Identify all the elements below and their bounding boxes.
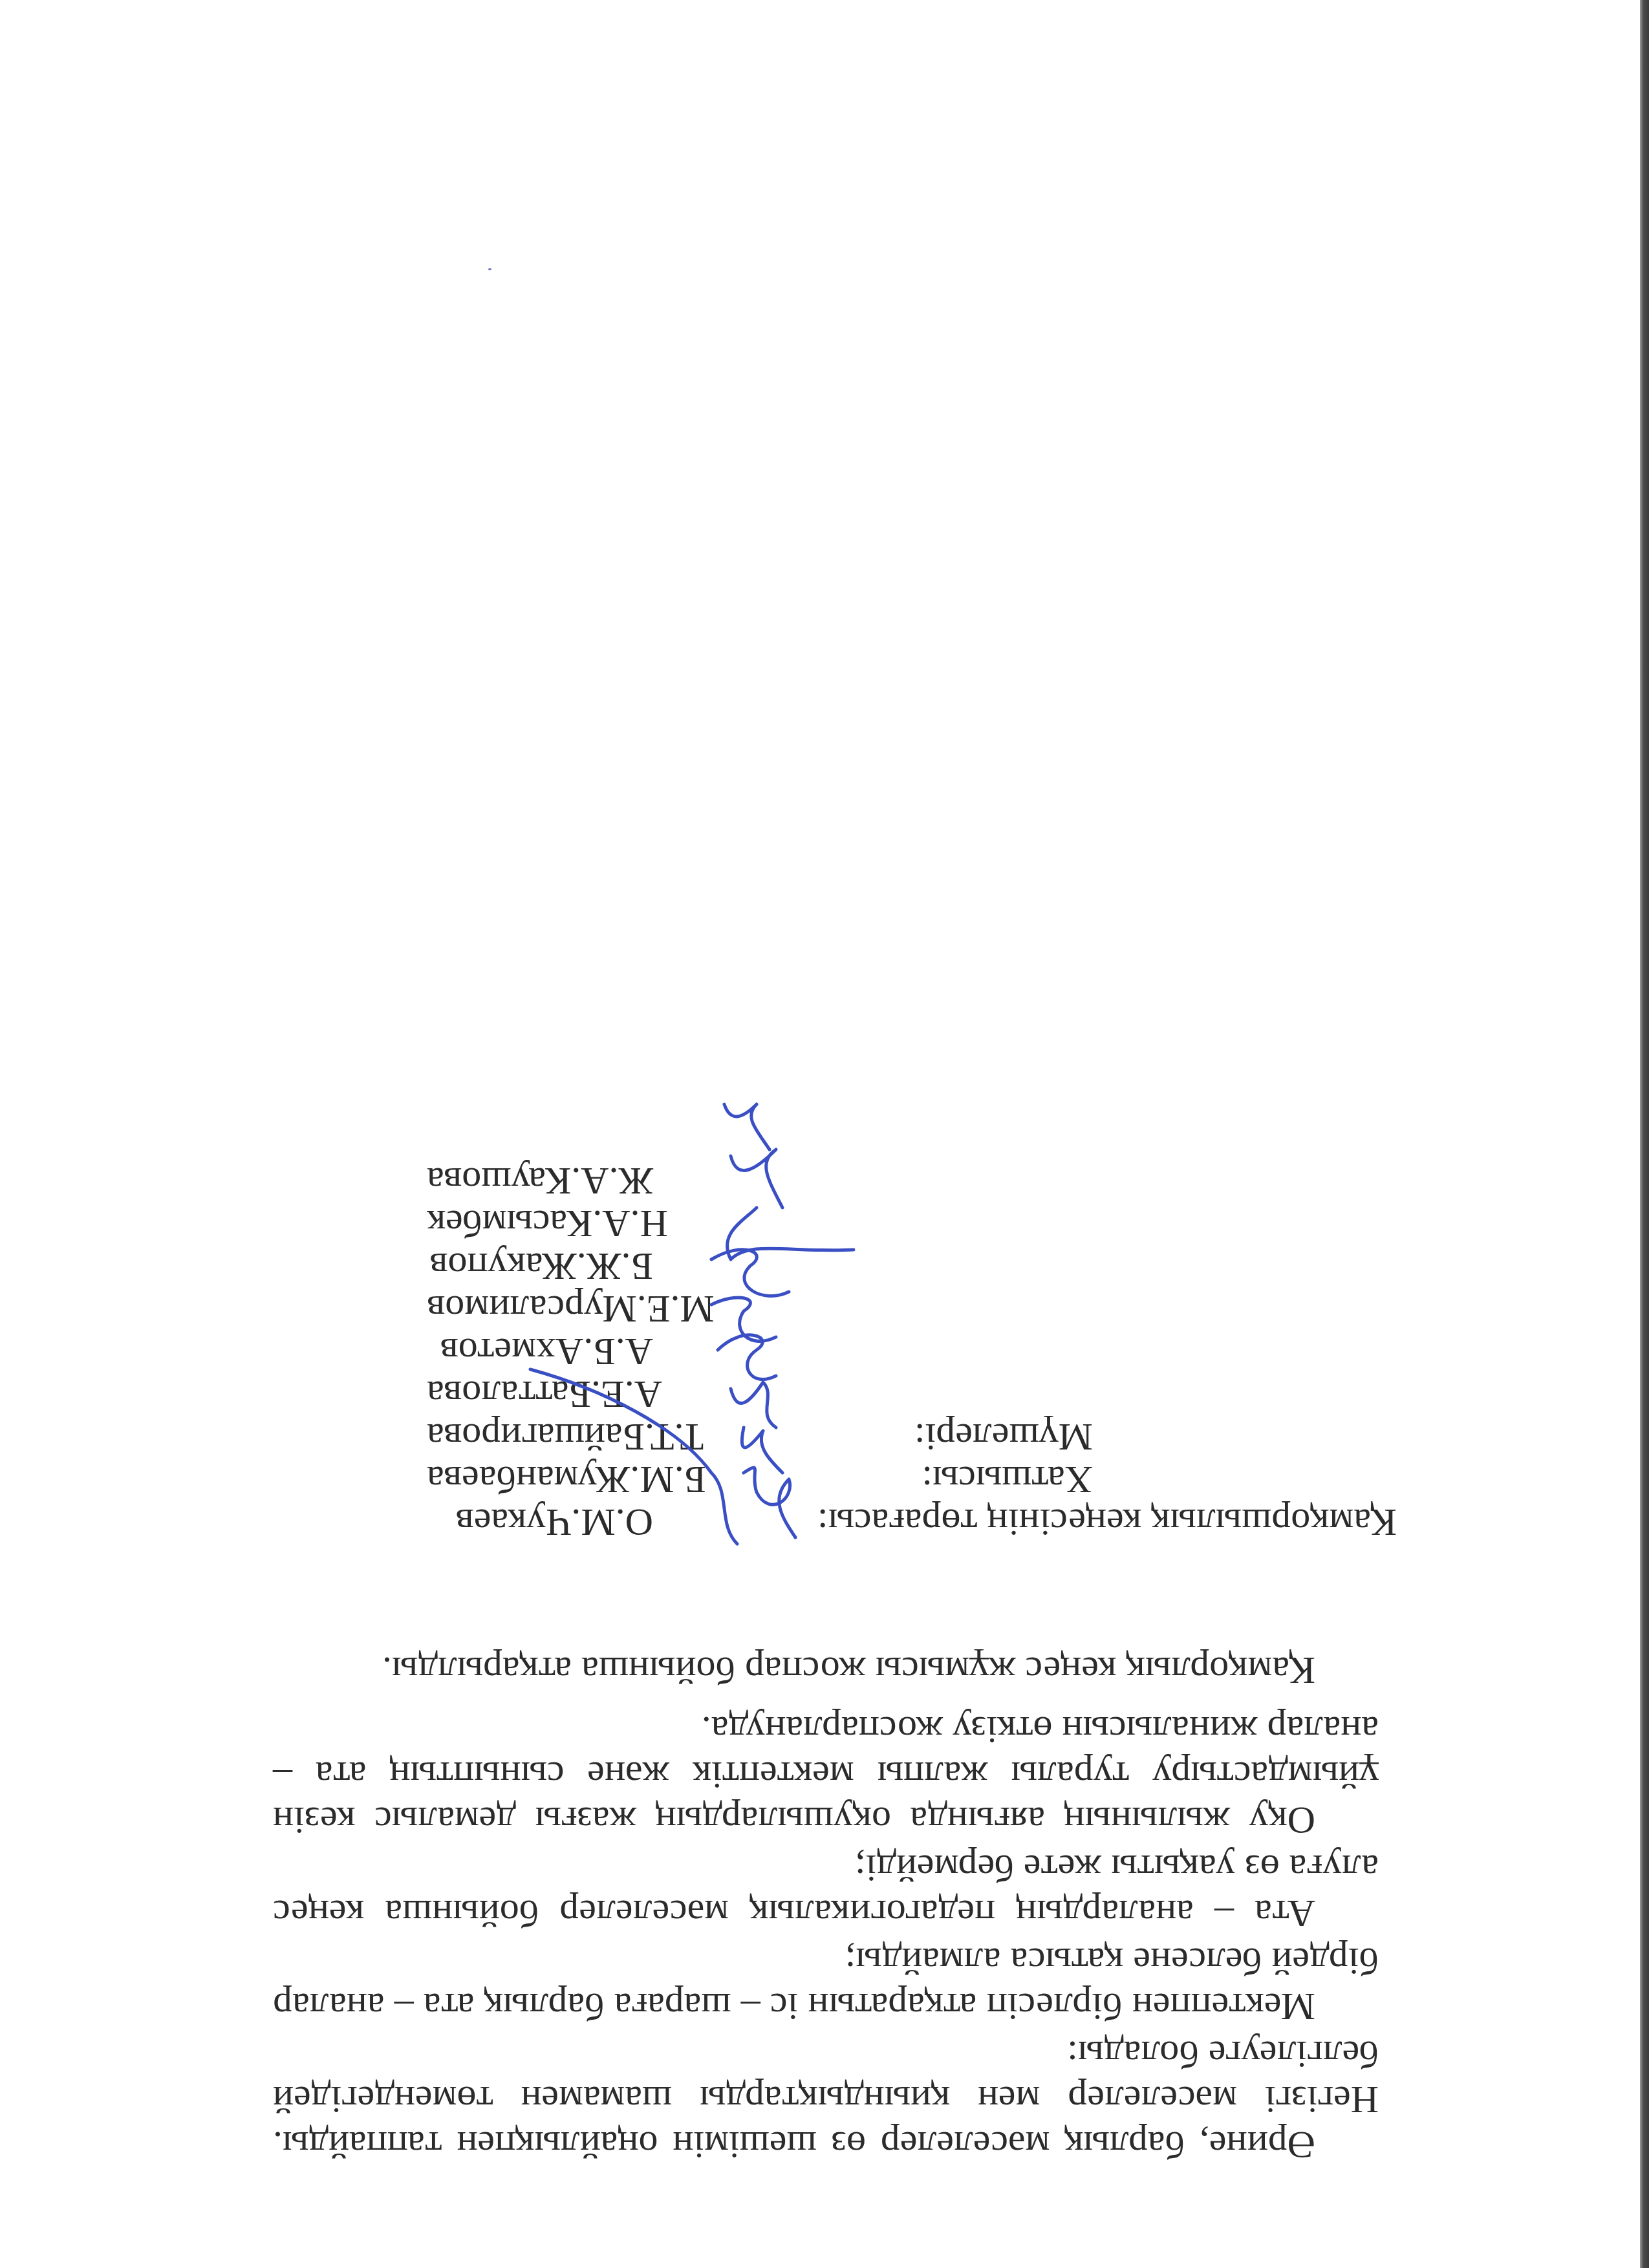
member-row: Мүшелері: Т.Т.Байшагирова bbox=[427, 1416, 1397, 1459]
scanned-page: Әрине, барлық мәселелер өз шешімін оңайл… bbox=[0, 0, 1649, 2268]
member-row: Б.Ж.Жакупов bbox=[427, 1245, 1397, 1288]
member-name: А.Е.Батталова bbox=[427, 1373, 662, 1416]
body-text: Әрине, барлық мәселелер өз шешімін оңайл… bbox=[273, 1645, 1379, 2168]
secretary-name: Б.М.Жуманбаева bbox=[427, 1459, 764, 1501]
chair-name: О.М.Чукаев bbox=[455, 1501, 744, 1544]
secretary-row: Хатшысы: Б.М.Жуманбаева bbox=[427, 1459, 1397, 1501]
paragraph: Ата – аналардың педагогикалық мәселелер … bbox=[273, 1846, 1379, 1936]
member-name: А.Б.Ахметов bbox=[440, 1331, 653, 1373]
member-name: Н.А.Касымбек bbox=[427, 1203, 668, 1245]
paragraph: Қамқорлық кеңес жұмысы жоспар бойынша ат… bbox=[273, 1648, 1379, 1693]
member-row: А.Б.Ахметов bbox=[427, 1331, 1397, 1373]
paragraph: Мектеппен бірлесіп атқаратын іс – шараға… bbox=[273, 1939, 1379, 2029]
paragraph: Әрине, барлық мәселелер өз шешімін оңайл… bbox=[273, 2032, 1379, 2168]
chair-row: Қамқоршылық кеңесінің төрағасы: О.М.Чука… bbox=[427, 1501, 1397, 1544]
member-name: Б.Ж.Жакупов bbox=[429, 1245, 653, 1288]
ink-speck bbox=[488, 268, 491, 270]
signature-block: Қамқоршылық кеңесінің төрағасы: О.М.Чука… bbox=[427, 1160, 1397, 1544]
paragraph: Оқу жылының аяғында оқушылардың жазғы де… bbox=[273, 1707, 1379, 1843]
chair-label: Қамқоршылық кеңесінің төрағасы: bbox=[744, 1501, 1397, 1544]
member-name: Т.Т.Байшагирова bbox=[427, 1416, 762, 1459]
member-name: Ж.А.Каушова bbox=[427, 1160, 653, 1203]
members-label: Мүшелері: bbox=[762, 1416, 1397, 1459]
member-row: А.Е.Батталова bbox=[427, 1373, 1397, 1416]
member-row: М.Е.Мурсалимов bbox=[427, 1288, 1397, 1331]
member-row: Ж.А.Каушова bbox=[427, 1160, 1397, 1203]
secretary-label: Хатшысы: bbox=[764, 1459, 1397, 1501]
member-row: Н.А.Касымбек bbox=[427, 1203, 1397, 1245]
member-name: М.Е.Мурсалимов bbox=[427, 1288, 715, 1331]
